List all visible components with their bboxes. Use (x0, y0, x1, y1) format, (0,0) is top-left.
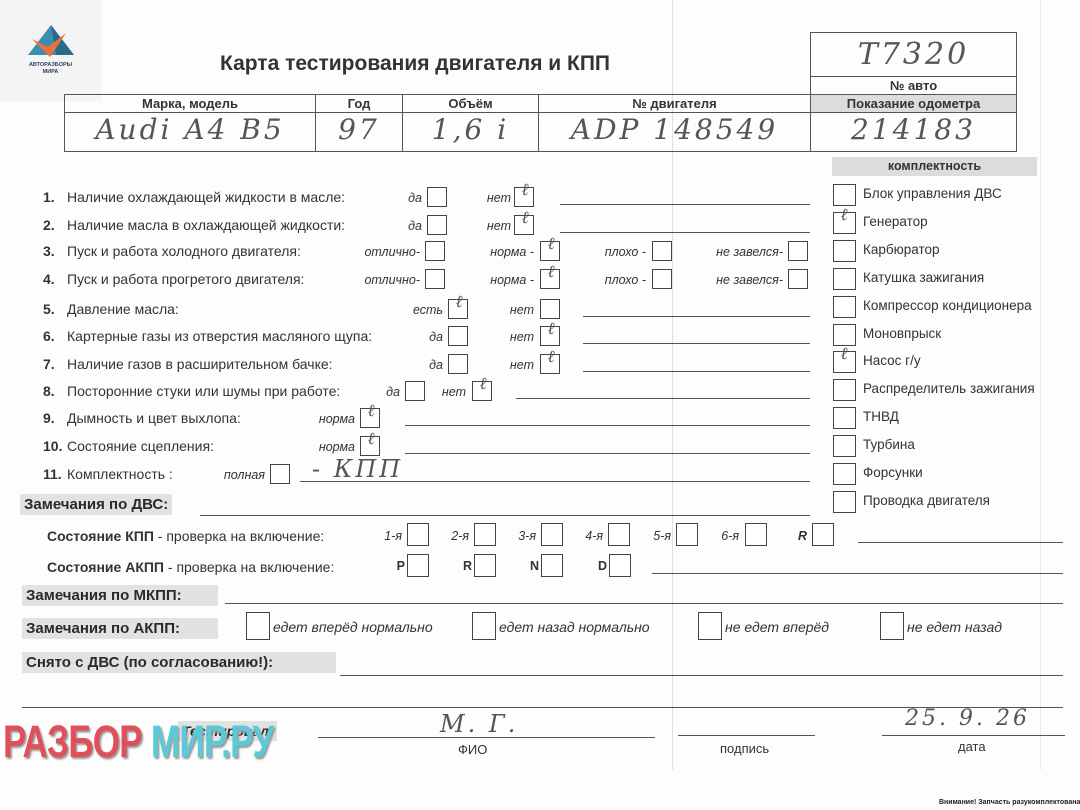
option-checkbox[interactable]: ℓ (540, 241, 560, 261)
completeness-label: Распределитель зажигания (863, 381, 1035, 396)
check-number: 9. (43, 410, 67, 426)
akpp-remark-checkbox[interactable] (472, 612, 496, 640)
check-question: 8.Посторонние стуки или шумы при работе: (43, 383, 340, 399)
logo-line-2: МИРА (0, 69, 101, 75)
check-mark-icon: ℓ (834, 205, 854, 225)
gear-checkbox[interactable] (812, 523, 834, 546)
check-number: 2. (43, 217, 67, 233)
option-label: да (429, 358, 443, 372)
paper-fold-line (1040, 0, 1041, 770)
option-label: норма (319, 412, 355, 426)
header-make-model: Марка, модель (64, 94, 316, 113)
manual-gearbox-label-bold: Состояние КПП (47, 528, 154, 544)
completeness-checkbox[interactable]: ℓ (833, 351, 856, 373)
option-label: норма - (490, 273, 534, 287)
check-number: 8. (43, 383, 67, 399)
check-question: 1.Наличие охлаждающей жидкости в масле: (43, 189, 345, 205)
signature-caption: подпись (720, 741, 769, 756)
option-label: плохо - (605, 245, 646, 259)
completeness-checkbox[interactable] (833, 268, 856, 290)
option-checkbox[interactable] (652, 269, 672, 289)
gear-checkbox[interactable] (407, 523, 429, 546)
gear-checkbox[interactable] (745, 523, 767, 546)
name-caption: ФИО (458, 742, 487, 757)
date-caption: дата (958, 739, 986, 754)
watermark-part-1: РАЗБОР (3, 716, 142, 767)
akpp-remark-label: едет назад нормально (499, 619, 650, 635)
completeness-note[interactable]: - КПП (312, 455, 403, 483)
volume-value[interactable]: 1,6 i (402, 112, 539, 152)
check-notes-line[interactable] (560, 204, 810, 205)
check-label: Давление масла: (67, 301, 179, 317)
completeness-label: ТНВД (863, 409, 899, 424)
completeness-checkbox[interactable] (833, 435, 856, 457)
completeness-checkbox[interactable] (833, 491, 856, 513)
gear-checkbox[interactable] (541, 523, 563, 546)
option-checkbox[interactable] (427, 187, 447, 207)
gear-label: R (463, 559, 472, 573)
option-label: полная (224, 468, 265, 482)
akpp-remark-checkbox[interactable] (246, 612, 270, 640)
option-checkbox[interactable]: ℓ (360, 436, 380, 456)
check-question: 11.Комплектность : (43, 466, 173, 482)
header-engine-number: № двигателя (538, 94, 811, 113)
option-label: да (386, 385, 400, 399)
completeness-checkbox[interactable] (833, 296, 856, 318)
watermark-part-2: МИР.РУ (151, 716, 273, 767)
make-model-value[interactable]: Audi A4 B5 (64, 112, 316, 152)
header-year: Год (315, 94, 403, 113)
check-number: 6. (43, 328, 67, 344)
auto-gearbox-label-bold: Состояние АКПП (47, 559, 164, 575)
completeness-label: Форсунки (863, 465, 923, 480)
check-label: Пуск и работа прогретого двигателя: (67, 271, 304, 287)
header-volume: Объём (402, 94, 539, 113)
check-notes-line[interactable] (405, 425, 810, 426)
option-checkbox[interactable] (270, 464, 290, 484)
option-label: нет (510, 330, 534, 344)
check-mark-icon: ℓ (541, 234, 561, 254)
tester-name-line[interactable] (318, 737, 655, 738)
gear-label: D (598, 559, 607, 573)
check-question: 6.Картерные газы из отверстия масляного … (43, 328, 372, 344)
gear-checkbox[interactable] (608, 523, 630, 546)
option-checkbox[interactable]: ℓ (448, 299, 468, 319)
option-label: норма (319, 440, 355, 454)
check-number: 7. (43, 356, 67, 372)
completeness-label: Карбюратор (863, 242, 940, 257)
option-label: нет (442, 385, 466, 399)
check-number: 4. (43, 271, 67, 287)
gear-label: 2-я (451, 529, 469, 543)
manual-gearbox-label: Состояние КПП - проверка на включение: (47, 528, 324, 544)
akpp-remark-checkbox[interactable] (698, 612, 722, 640)
option-checkbox[interactable] (425, 269, 445, 289)
option-label: норма - (490, 245, 534, 259)
removed-parts-label: Снято с ДВС (по согласованию!): (22, 652, 336, 673)
page-title: Карта тестирования двигателя и КПП (220, 52, 610, 76)
removed-parts-line[interactable] (340, 675, 1063, 676)
gear-checkbox[interactable] (474, 554, 496, 577)
option-label: не завелся- (716, 245, 783, 259)
option-label: плохо - (605, 273, 646, 287)
completeness-title: комплектность (832, 157, 1037, 176)
completeness-checkbox[interactable]: ℓ (833, 212, 856, 234)
logo-line-1: АВТОРАЗБОРЫ (0, 62, 101, 68)
option-checkbox[interactable] (427, 215, 447, 235)
option-checkbox[interactable]: ℓ (514, 215, 534, 235)
akpp-remark-checkbox[interactable] (880, 612, 904, 640)
completeness-checkbox[interactable] (833, 407, 856, 429)
check-mark-icon: ℓ (834, 344, 854, 364)
check-mark-icon: ℓ (449, 292, 469, 312)
gear-checkbox[interactable] (541, 554, 563, 577)
completeness-checkbox[interactable] (833, 324, 856, 346)
option-label: нет (487, 191, 511, 205)
completeness-label: Насос г/у (863, 353, 921, 368)
completeness-label: Катушка зажигания (863, 270, 984, 285)
auto-gearbox-line[interactable] (652, 573, 1063, 574)
remarks-akpp-label: Замечания по АКПП: (22, 618, 218, 639)
check-question: 10.Состояние сцепления: (43, 438, 214, 454)
check-number: 11. (43, 466, 67, 482)
option-label: нет (487, 219, 511, 233)
check-notes-line[interactable] (583, 371, 810, 372)
check-label: Наличие масла в охлаждающей жидкости: (67, 217, 345, 233)
header-odometer: Показание одометра (810, 94, 1017, 113)
akpp-remark-label: едет вперёд нормально (273, 619, 433, 635)
option-checkbox[interactable] (788, 269, 808, 289)
check-number: 3. (43, 243, 67, 259)
check-mark-icon: ℓ (515, 180, 535, 200)
auto-number-value[interactable]: T7320 (810, 32, 1017, 77)
check-label: Посторонние стуки или шумы при работе: (67, 383, 340, 399)
check-question: 3.Пуск и работа холодного двигателя: (43, 243, 301, 259)
gear-label: 6-я (721, 529, 739, 543)
check-notes-line[interactable] (583, 316, 810, 317)
check-mark-icon: ℓ (473, 374, 493, 394)
completeness-checkbox[interactable] (833, 184, 856, 206)
auto-gearbox-label: Состояние АКПП - проверка на включение: (47, 559, 334, 575)
gear-checkbox[interactable] (474, 523, 496, 546)
check-question: 5.Давление масла: (43, 301, 179, 317)
option-checkbox[interactable] (540, 299, 560, 319)
option-checkbox[interactable]: ℓ (540, 354, 560, 374)
option-label: да (408, 191, 422, 205)
check-label: Наличие газов в расширительном бачке: (67, 356, 333, 372)
option-label: да (408, 219, 422, 233)
option-checkbox[interactable] (405, 381, 425, 401)
gear-checkbox[interactable] (407, 554, 429, 577)
check-notes-line[interactable] (516, 398, 810, 399)
option-checkbox[interactable] (425, 241, 445, 261)
mountain-check-logo-icon (28, 25, 74, 61)
akpp-remark-label: не едет назад (907, 619, 1002, 635)
auto-gearbox-label-rest: - проверка на включение: (164, 559, 334, 575)
option-checkbox[interactable] (788, 241, 808, 261)
option-checkbox[interactable] (448, 326, 468, 346)
option-checkbox[interactable]: ℓ (540, 269, 560, 289)
check-mark-icon: ℓ (541, 347, 561, 367)
option-label: нет (510, 303, 534, 317)
company-logo: АВТОРАЗБОРЫ МИРА (0, 0, 101, 101)
check-mark-icon: ℓ (361, 401, 381, 421)
check-label: Картерные газы из отверстия масляного щу… (67, 328, 372, 344)
option-label: отлично- (364, 245, 420, 259)
option-checkbox[interactable]: ℓ (360, 408, 380, 428)
gear-label: R (798, 529, 807, 543)
option-label: отлично- (364, 273, 420, 287)
gear-label: 5-я (653, 529, 671, 543)
check-mark-icon: ℓ (361, 429, 381, 449)
gear-label: 3-я (518, 529, 536, 543)
engine-number-value[interactable]: ADP 148549 (538, 112, 811, 152)
check-label: Наличие охлаждающей жидкости в масле: (67, 189, 345, 205)
completeness-label: Моновпрыск (863, 326, 941, 341)
gear-label: 4-я (585, 529, 603, 543)
akpp-remark-label: не едет вперёд (725, 619, 829, 635)
gear-checkbox[interactable] (676, 523, 698, 546)
check-number: 10. (43, 438, 67, 454)
date-line[interactable] (882, 735, 1065, 736)
gear-label: N (530, 559, 539, 573)
check-label: Дымность и цвет выхлопа: (67, 410, 241, 426)
completeness-label: Турбина (863, 437, 915, 452)
completeness-label: Компрессор кондиционера (863, 298, 1032, 313)
check-question: 7.Наличие газов в расширительном бачке: (43, 356, 333, 372)
check-question: 2.Наличие масла в охлаждающей жидкости: (43, 217, 345, 233)
manual-gearbox-label-rest: - проверка на включение: (154, 528, 324, 544)
watermark-logo: РАЗБОР МИР.РУ (3, 719, 273, 764)
check-mark-icon: ℓ (541, 319, 561, 339)
remarks-mkpp-line[interactable] (225, 603, 1063, 604)
check-number: 5. (43, 301, 67, 317)
odometer-value[interactable]: 214183 (810, 112, 1017, 152)
option-checkbox[interactable]: ℓ (514, 187, 534, 207)
check-mark-icon: ℓ (541, 262, 561, 282)
option-checkbox[interactable]: ℓ (540, 326, 560, 346)
option-checkbox[interactable]: ℓ (472, 381, 492, 401)
completeness-checkbox[interactable] (833, 463, 856, 485)
manual-gearbox-line[interactable] (858, 542, 1063, 543)
gear-checkbox[interactable] (609, 554, 631, 577)
tester-name-value[interactable]: М. Г. (440, 710, 518, 738)
check-notes-line[interactable] (583, 343, 810, 344)
completeness-label: Генератор (863, 214, 928, 229)
check-notes-line[interactable] (560, 232, 810, 233)
option-label: да (429, 330, 443, 344)
check-mark-icon: ℓ (515, 208, 535, 228)
check-question: 9.Дымность и цвет выхлопа: (43, 410, 241, 426)
option-label: нет (510, 358, 534, 372)
option-label: есть (413, 303, 443, 317)
completeness-label: Проводка двигателя (863, 493, 990, 508)
signature-line[interactable] (678, 735, 815, 736)
check-label: Состояние сцепления: (67, 438, 214, 454)
completeness-label: Блок управления ДВС (863, 186, 1002, 201)
remarks-mkpp-label: Замечания по МКПП: (22, 585, 218, 606)
gear-label: P (397, 559, 405, 573)
footer-note: Внимание! Запчасть разукомплектована! (939, 799, 1080, 806)
option-label: не завелся- (716, 273, 783, 287)
gear-label: 1-я (384, 529, 402, 543)
check-number: 1. (43, 189, 67, 205)
remarks-engine-label: Замечания по ДВС: (20, 494, 172, 515)
date-value[interactable]: 25. 9. 26 (905, 706, 1030, 731)
option-checkbox[interactable] (652, 241, 672, 261)
check-label: Пуск и работа холодного двигателя: (67, 243, 301, 259)
check-label: Комплектность : (67, 466, 173, 482)
option-checkbox[interactable] (448, 354, 468, 374)
check-notes-line[interactable] (405, 453, 810, 454)
completeness-checkbox[interactable] (833, 379, 856, 401)
year-value[interactable]: 97 (315, 112, 403, 152)
auto-number-label: № авто (810, 76, 1017, 94)
remarks-engine-line[interactable] (200, 515, 810, 516)
completeness-checkbox[interactable] (833, 240, 856, 262)
check-question: 4.Пуск и работа прогретого двигателя: (43, 271, 304, 287)
